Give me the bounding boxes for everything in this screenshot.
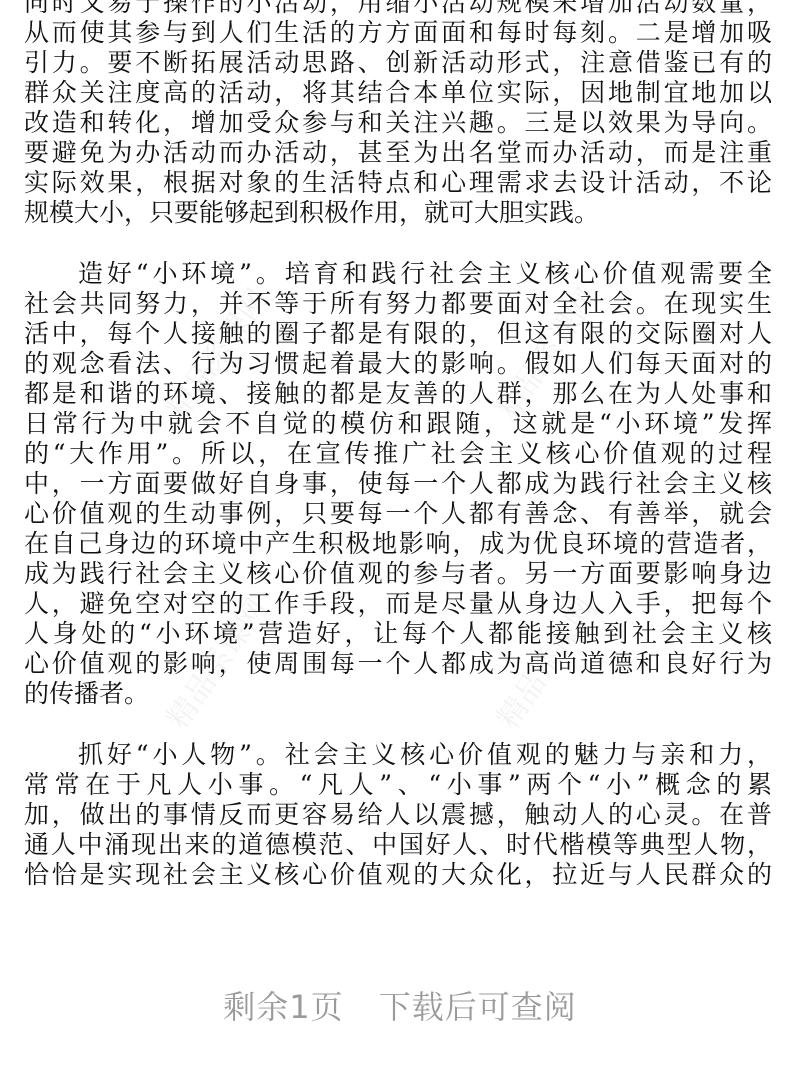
document-page: 精品系课网 精品系课网 精品系课网 精品系课网 同时又易于操作的小活动，用缩小活… (0, 0, 800, 1087)
text-line: 同时又易于操作的小活动，用缩小活动规模来增加活动数量， (24, 0, 772, 18)
text-line: 成为践行社会主义核心价值观的参与者。另一方面要影响身边 (24, 559, 772, 589)
text-line: 恰恰是实现社会主义核心价值观的大众化，拉近与人民群众的 (24, 860, 772, 890)
paragraph-2: 造好“小环境”。培育和践行社会主义核心价值观需要全 社会共同努力，并不等于所有努… (24, 259, 772, 709)
text-line: 心价值观的生动事例，只要每一个人都有善念、有善举，就会 (24, 499, 772, 529)
paragraph-3: 抓好“小人物”。社会主义核心价值观的魅力与亲和力， 常常在于凡人小事。“凡人”、… (24, 740, 772, 890)
text-line: 人身处的“小环境”营造好，让每个人都能接触到社会主义核 (24, 619, 772, 649)
text-line: 加，做出的事情反而更容易给人以震撼，触动人的心灵。在普 (24, 800, 772, 830)
text-line: 心价值观的影响，使周围每一个人都成为高尚道德和良好行为 (24, 649, 772, 679)
text-line: 中，一方面要做好自身事，使每一个人都成为践行社会主义核 (24, 469, 772, 499)
paragraph-1: 同时又易于操作的小活动，用缩小活动规模来增加活动数量， 从而使其参与到人们生活的… (24, 0, 772, 228)
text-line: 从而使其参与到人们生活的方方面面和每时每刻。二是增加吸 (24, 18, 772, 48)
text-line: 实际效果，根据对象的生活特点和心理需求去设计活动，不论 (24, 168, 772, 198)
text-line: 通人中涌现出来的道德模范、中国好人、时代楷模等典型人物， (24, 830, 772, 860)
text-line: 引力。要不断拓展活动思路、创新活动形式，注意借鉴已有的 (24, 48, 772, 78)
remaining-pages-label: 剩余1页 (223, 988, 343, 1026)
text-line: 常常在于凡人小事。“凡人”、“小事”两个“小”概念的累 (24, 770, 772, 800)
text-line: 抓好“小人物”。社会主义核心价值观的魅力与亲和力， (24, 740, 772, 770)
text-line: 活中，每个人接触的圈子都是有限的，但这有限的交际圈对人 (24, 319, 772, 349)
text-line: 群众关注度高的活动，将其结合本单位实际，因地制宜地加以 (24, 78, 772, 108)
text-line: 造好“小环境”。培育和践行社会主义核心价值观需要全 (24, 259, 772, 289)
document-body: 同时又易于操作的小活动，用缩小活动规模来增加活动数量， 从而使其参与到人们生活的… (24, 0, 772, 921)
text-line: 规模大小，只要能够起到积极作用，就可大胆实践。 (24, 198, 772, 228)
text-line: 日常行为中就会不自觉的模仿和跟随，这就是“小环境”发挥 (24, 409, 772, 439)
text-line: 要避免为办活动而办活动，甚至为出名堂而办活动，而是注重 (24, 138, 772, 168)
download-hint-label: 下载后可查阅 (379, 988, 577, 1026)
text-line: 改造和转化，增加受众参与和关注兴趣。三是以效果为导向。 (24, 108, 772, 138)
text-line: 人，避免空对空的工作手段，而是尽量从身边人入手，把每个 (24, 589, 772, 619)
text-line: 都是和谐的环境、接触的都是友善的人群，那么在为人处事和 (24, 379, 772, 409)
text-line: 的观念看法、行为习惯起着最大的影响。假如人们每天面对的 (24, 349, 772, 379)
text-line: 在自己身边的环境中产生积极地影响，成为优良环境的营造者， (24, 529, 772, 559)
text-line: 社会共同努力，并不等于所有努力都要面对全社会。在现实生 (24, 289, 772, 319)
text-line: 的“大作用”。所以，在宣传推广社会主义核心价值观的过程 (24, 439, 772, 469)
remaining-pages-notice[interactable]: 剩余1页 下载后可查阅 (0, 982, 800, 1028)
text-line: 的传播者。 (24, 679, 772, 709)
